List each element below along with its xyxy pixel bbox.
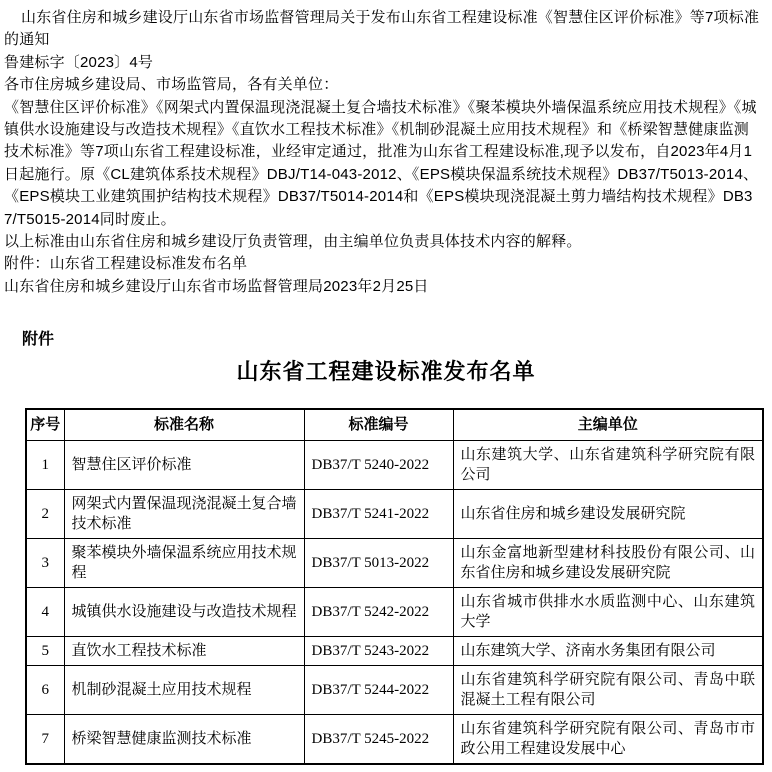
chief-editor-unit: 山东省建筑科学研究院有限公司、青岛中联混凝土工程有限公司 bbox=[453, 666, 763, 715]
chief-editor-unit: 山东建筑大学、济南水务集团有限公司 bbox=[453, 637, 763, 666]
management-note: 以上标准由山东省住房和城乡建设厅负责管理，由主编单位负责具体技术内容的解释。 bbox=[4, 231, 760, 253]
row-index: 7 bbox=[26, 715, 64, 765]
standard-name: 桥梁智慧健康监测技术标准 bbox=[64, 715, 304, 765]
row-index: 2 bbox=[26, 490, 64, 539]
standard-name: 直饮水工程技术标准 bbox=[64, 637, 304, 666]
column-header: 主编单位 bbox=[453, 409, 763, 441]
notice-main-paragraph: 《智慧住区评价标准》《网架式内置保温现浇混凝土复合墙技术标准》《聚苯模块外墙保温… bbox=[4, 97, 760, 231]
standard-name: 聚苯模块外墙保温系统应用技术规程 bbox=[64, 539, 304, 588]
chief-editor-unit: 山东金富地新型建材科技股份有限公司、山东省住房和城乡建设发展研究院 bbox=[453, 539, 763, 588]
row-index: 4 bbox=[26, 588, 64, 637]
standard-code: DB37/T 5241-2022 bbox=[304, 490, 453, 539]
chief-editor-unit: 山东建筑大学、山东省建筑科学研究院有限公司 bbox=[453, 441, 763, 490]
chief-editor-unit: 山东省住房和城乡建设发展研究院 bbox=[453, 490, 763, 539]
row-index: 6 bbox=[26, 666, 64, 715]
table-title: 山东省工程建设标准发布名单 bbox=[0, 355, 772, 386]
table-row: 7桥梁智慧健康监测技术标准DB37/T 5245-2022山东省建筑科学研究院有… bbox=[26, 715, 763, 765]
column-header: 标准编号 bbox=[304, 409, 453, 441]
document-page: 山东省住房和城乡建设厅山东省市场监督管理局关于发布山东省工程建设标准《智慧住区评… bbox=[0, 0, 772, 772]
table-row: 3聚苯模块外墙保温系统应用技术规程DB37/T 5013-2022山东金富地新型… bbox=[26, 539, 763, 588]
notice-body: 山东省住房和城乡建设厅山东省市场监督管理局关于发布山东省工程建设标准《智慧住区评… bbox=[0, 0, 772, 298]
table-row: 5直饮水工程技术标准DB37/T 5243-2022山东建筑大学、济南水务集团有… bbox=[26, 637, 763, 666]
table-header-row: 序号标准名称标准编号主编单位 bbox=[26, 409, 763, 441]
standards-table-body: 1智慧住区评价标准DB37/T 5240-2022山东建筑大学、山东省建筑科学研… bbox=[26, 441, 763, 765]
standard-code: DB37/T 5013-2022 bbox=[304, 539, 453, 588]
table-row: 2网架式内置保温现浇混凝土复合墙技术标准DB37/T 5241-2022山东省住… bbox=[26, 490, 763, 539]
standard-name: 智慧住区评价标准 bbox=[64, 441, 304, 490]
standard-name: 城镇供水设施建设与改造技术规程 bbox=[64, 588, 304, 637]
table-row: 6机制砂混凝土应用技术规程DB37/T 5244-2022山东省建筑科学研究院有… bbox=[26, 666, 763, 715]
standard-code: DB37/T 5240-2022 bbox=[304, 441, 453, 490]
row-index: 1 bbox=[26, 441, 64, 490]
column-header: 标准名称 bbox=[64, 409, 304, 441]
chief-editor-unit: 山东省城市供排水水质监测中心、山东建筑大学 bbox=[453, 588, 763, 637]
issuer-date-line: 山东省住房和城乡建设厅山东省市场监督管理局2023年2月25日 bbox=[4, 276, 760, 298]
attachment-reference: 附件：山东省工程建设标准发布名单 bbox=[4, 253, 760, 275]
row-index: 3 bbox=[26, 539, 64, 588]
standards-table: 序号标准名称标准编号主编单位 1智慧住区评价标准DB37/T 5240-2022… bbox=[25, 408, 764, 765]
standard-name: 网架式内置保温现浇混凝土复合墙技术标准 bbox=[64, 490, 304, 539]
standard-name: 机制砂混凝土应用技术规程 bbox=[64, 666, 304, 715]
document-number: 鲁建标字〔2023〕4号 bbox=[4, 52, 760, 74]
chief-editor-unit: 山东省建筑科学研究院有限公司、青岛市市政公用工程建设发展中心 bbox=[453, 715, 763, 765]
row-index: 5 bbox=[26, 637, 64, 666]
standard-code: DB37/T 5243-2022 bbox=[304, 637, 453, 666]
table-row: 4城镇供水设施建设与改造技术规程DB37/T 5242-2022山东省城市供排水… bbox=[26, 588, 763, 637]
standard-code: DB37/T 5245-2022 bbox=[304, 715, 453, 765]
recipients-line: 各市住房城乡建设局、市场监管局，各有关单位： bbox=[4, 74, 760, 96]
column-header: 序号 bbox=[26, 409, 64, 441]
standard-code: DB37/T 5244-2022 bbox=[304, 666, 453, 715]
attachment-label: 附件 bbox=[22, 326, 772, 349]
notice-title: 山东省住房和城乡建设厅山东省市场监督管理局关于发布山东省工程建设标准《智慧住区评… bbox=[4, 7, 760, 52]
standard-code: DB37/T 5242-2022 bbox=[304, 588, 453, 637]
table-row: 1智慧住区评价标准DB37/T 5240-2022山东建筑大学、山东省建筑科学研… bbox=[26, 441, 763, 490]
